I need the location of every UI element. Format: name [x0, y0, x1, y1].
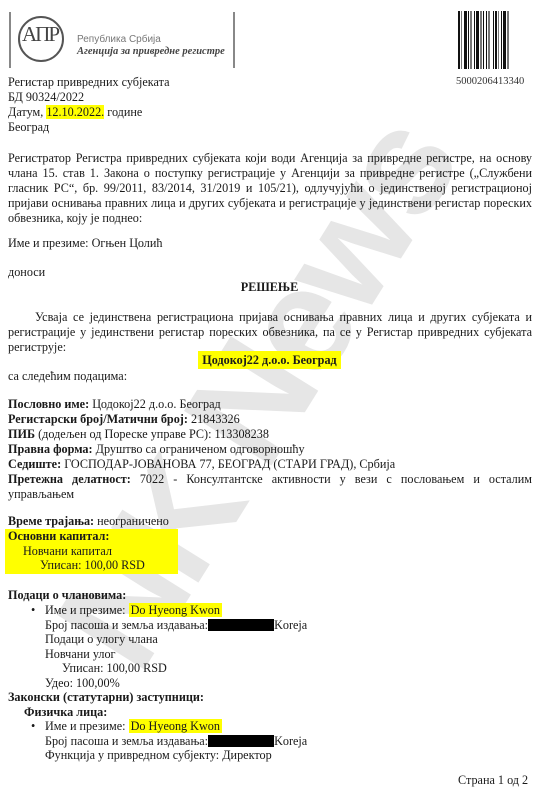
capital-label: Основни капитал: [8, 529, 109, 544]
decision-paragraph: Усваја се јединствена регистрациона приј… [8, 310, 532, 355]
date-suffix: године [107, 105, 142, 119]
seat-value: ГОСПОДАР-ЈОВАНОВА 77, БЕОГРАД (СТАРИ ГРА… [64, 457, 395, 471]
reg-number-row: Регистарски број/Матични број: 21843326 [8, 412, 240, 427]
pib-label: ПИБ [8, 427, 35, 441]
date-line: Датум, 12.10.2022. године [8, 105, 142, 120]
register-name: Регистар привредних субјеката [8, 75, 170, 90]
applicant: Име и презиме: Огњен Цолић [8, 236, 162, 251]
date-value: 12.10.2022. [46, 105, 104, 119]
redaction-bar [208, 735, 274, 747]
member-share: Удео: 100,00% [45, 676, 120, 691]
company-name-line: Цодокој22 д.о.о. Београд [0, 353, 539, 368]
representatives-title: Законски (статутарни) заступници: [8, 690, 204, 705]
logo-letters: АПР [22, 27, 58, 42]
representatives-subtitle: Физичка лица: [24, 705, 107, 720]
business-name-label: Пословно име: [8, 397, 89, 411]
brings-text: доноси [8, 265, 45, 280]
member-passport-row: Број пасоша и земља издавања:Koreja [45, 618, 307, 633]
member-country: Koreja [274, 618, 307, 632]
intro-paragraph: Регистратор Регистра привредних субјекат… [8, 151, 532, 226]
business-name-row: Пословно име: Цодокој22 д.о.о. Београд [8, 397, 221, 412]
duration-value: неограничено [97, 514, 169, 528]
capital-type: Новчани капитал [23, 544, 112, 559]
member-item: • Име и презиме: Do Hyeong Kwon [45, 603, 222, 618]
reg-number-value: 21843326 [191, 412, 240, 426]
member-passport-label: Број пасоша и земља издавања: [45, 618, 208, 632]
duration-row: Време трајања: неограничено [8, 514, 169, 529]
pib-value: 113308238 [215, 427, 269, 441]
barcode-icon [458, 11, 533, 69]
contribution-subscribed: Уписан: 100,00 RSD [62, 661, 167, 676]
decision-title: РЕШЕЊЕ [0, 280, 539, 295]
activity-row: Претежна делатност: 7022 - Консултантске… [8, 472, 532, 502]
rep-name-label: Име и презиме: [45, 719, 126, 733]
member-name-label: Име и презиме: [45, 603, 126, 617]
legal-form-label: Правна форма: [8, 442, 93, 456]
rep-country: Koreja [274, 734, 307, 748]
bullet-icon: • [31, 603, 35, 618]
rep-name: Do Hyeong Kwon [129, 719, 222, 733]
representative-item: • Име и презиме: Do Hyeong Kwon [45, 719, 222, 734]
date-label: Датум, [8, 105, 43, 119]
duration-label: Време трајања: [8, 514, 94, 528]
contribution-title: Подаци о улогу члана [45, 632, 158, 647]
agency-name: Агенција за привредне регистре [77, 44, 225, 59]
contribution-type: Новчани улог [45, 647, 116, 662]
rep-passport-row: Број пасоша и земља издавања:Koreja [45, 734, 307, 749]
pib-note: (додељен од Пореске управе РС): [38, 427, 211, 441]
case-number: БД 90324/2022 [8, 90, 84, 105]
activity-label: Претежна делатност: [8, 472, 131, 486]
page-number: Страна 1 од 2 [458, 773, 528, 788]
redaction-bar [208, 619, 274, 631]
rep-passport-label: Број пасоша и земља издавања: [45, 734, 208, 748]
logo-divider [233, 12, 235, 68]
rep-function: Функција у привредном субјекту: Директор [45, 748, 272, 763]
bullet-icon: • [31, 719, 35, 734]
logo-divider [9, 12, 11, 68]
legal-form-value: Друштво са ограниченом одговорношћу [96, 442, 305, 456]
capital-subscribed: Уписан: 100,00 RSD [40, 558, 145, 573]
pib-row: ПИБ (додељен од Пореске управе РС): 1133… [8, 427, 269, 442]
business-name-value: Цодокој22 д.о.о. Београд [92, 397, 220, 411]
with-data-text: са следећим подацима: [8, 369, 127, 384]
apr-logo: АПР Република Србија Агенција за привред… [9, 12, 237, 68]
company-name: Цодокој22 д.о.о. Београд [198, 351, 340, 369]
barcode-number: 5000206413340 [456, 74, 524, 89]
members-title: Подаци о члановима: [8, 588, 126, 603]
seat-label: Седиште: [8, 457, 61, 471]
member-name: Do Hyeong Kwon [129, 603, 222, 617]
seat-row: Седиште: ГОСПОДАР-ЈОВАНОВА 77, БЕОГРАД (… [8, 457, 395, 472]
city: Београд [8, 120, 49, 135]
reg-number-label: Регистарски број/Матични број: [8, 412, 188, 426]
legal-form-row: Правна форма: Друштво са ограниченом одг… [8, 442, 305, 457]
